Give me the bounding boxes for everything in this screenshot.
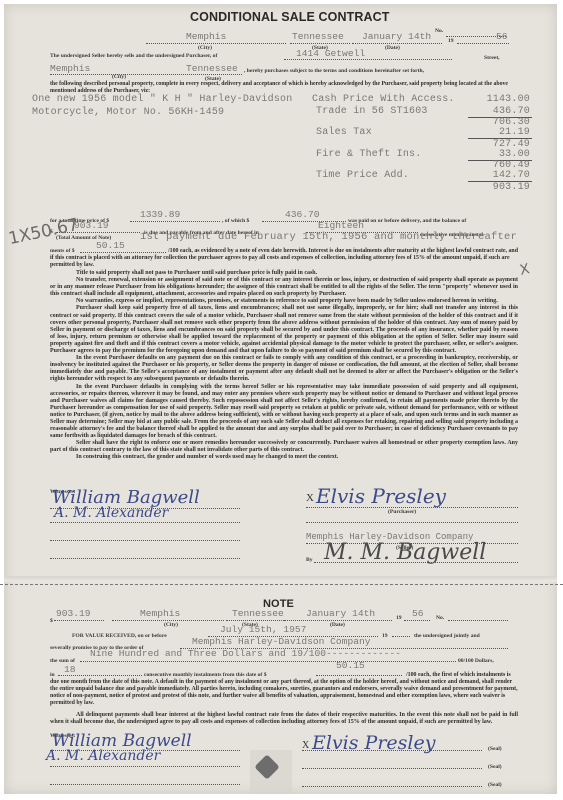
note-installment-amount: 50.15 xyxy=(336,660,365,671)
maker-line-1 xyxy=(302,750,482,751)
note-each-clause: /100 each, the first of which instalment… xyxy=(50,672,518,707)
maker-line-2 xyxy=(302,768,482,769)
description-line-1: One new 1956 model " K H " Harley-Davids… xyxy=(32,94,292,105)
note-witness-line-3 xyxy=(50,784,240,785)
price-subtotal: 903.19 xyxy=(468,182,530,193)
due-year-line xyxy=(392,636,410,637)
dollars-label: 00/100 Dollars, xyxy=(458,658,494,664)
seal-label-2: (Seal) xyxy=(488,764,502,770)
seal-label-1: (Seal) xyxy=(488,746,502,752)
price-line-amount: 33.00 xyxy=(468,149,530,160)
total-line xyxy=(130,221,220,222)
year-line xyxy=(457,43,509,44)
note-no-label: No. xyxy=(436,615,444,621)
witness-line-2 xyxy=(50,522,240,523)
by-line xyxy=(314,562,518,563)
page-fold xyxy=(4,576,557,582)
terms-paragraph: Purchaser shall keep said property free … xyxy=(50,305,518,355)
purchase-clause: , hereby purchases subject to the terms … xyxy=(244,68,424,74)
note-witness-signature-2: A. M. Alexander xyxy=(46,748,160,764)
perforation-line xyxy=(0,584,563,585)
note-city-caption: (City) xyxy=(164,622,178,628)
price-line-label: Time Price Add. xyxy=(316,170,409,181)
city-line xyxy=(146,43,286,44)
description-line-2: Motorcycle, Motor No. 56KH-1459 xyxy=(32,107,224,118)
installment-count-words: Eighteen xyxy=(318,220,364,231)
purchaser-signature: Elvis Presley xyxy=(316,484,446,508)
purchaser-street: 1414 Getwell xyxy=(296,48,365,59)
value-received-label: FOR VALUE RECEIVED, on or before xyxy=(72,633,167,639)
witness-line-3 xyxy=(50,540,240,541)
purchaser-state: Tennessee xyxy=(186,63,238,74)
contract-no-label: No. xyxy=(435,28,443,34)
purchaser-caption: (Purchaser) xyxy=(388,509,416,515)
note-city: Memphis xyxy=(140,608,180,619)
witness-signature-2: A. M. Alexander xyxy=(54,505,168,521)
price-line-amount: 1143.00 xyxy=(468,94,530,105)
note-due-date: July 15th, 1957 xyxy=(220,624,306,635)
seal-label-3: (Seal) xyxy=(488,782,502,788)
down-payment: 436.70 xyxy=(285,209,320,220)
note-date: January 14th xyxy=(306,608,375,619)
terms-paragraph: In the event Purchaser defaults on any p… xyxy=(50,355,518,383)
terms-paragraph: Title to said property shall not pass to… xyxy=(50,270,518,277)
date-caption: (Date) xyxy=(385,45,400,51)
state-line xyxy=(290,43,350,44)
note-state-line xyxy=(226,620,284,621)
note-year: 56 xyxy=(412,608,424,619)
delinquent-text: All delinquent payments shall bear inter… xyxy=(50,712,518,726)
price-line-amount: 21.19 xyxy=(468,127,530,138)
purchaser-city-caption: (City) xyxy=(112,74,126,80)
note-payee: Memphis Harley-Davidson Company xyxy=(192,636,370,647)
purchaser-x-mark: X xyxy=(306,492,314,504)
maker-line-3 xyxy=(302,786,482,787)
jointly-clause: the undersigned jointly and xyxy=(414,633,480,639)
street-label: Street, xyxy=(484,55,500,61)
purchaser-city-line xyxy=(50,74,242,75)
note-sum-words: Nine Hundred and Three Dollars and 19/10… xyxy=(90,648,401,659)
price-line-amount: 142.70 xyxy=(468,170,530,181)
note-state: Tennessee xyxy=(232,608,284,619)
terms-paragraph: No transfer, renewal, extension or assig… xyxy=(50,277,518,298)
due-year-prefix: 19 xyxy=(382,633,388,639)
contract-city: Memphis xyxy=(186,31,226,42)
note-amount: 903.19 xyxy=(56,608,91,619)
terms-paragraph: In construing this contract, the gender … xyxy=(50,454,518,461)
price-line-label: Sales Tax xyxy=(316,127,372,138)
terms-paragraph: No warranties, express or implied, repre… xyxy=(50,298,518,305)
contract-date: January 14th xyxy=(362,31,431,42)
intro-text: The undersigned Seller hereby sells and … xyxy=(50,53,217,59)
note-date-caption: (Date) xyxy=(330,622,345,628)
note-witness-line-2 xyxy=(50,766,240,767)
contract-year: 56 xyxy=(496,31,508,42)
property-clause: the following described personal propert… xyxy=(50,81,510,94)
year-prefix: 19 xyxy=(448,38,454,44)
payment-schedule: 1st payment due February 15th, 1956 and … xyxy=(140,231,517,243)
note-year-prefix: 19 xyxy=(396,615,402,621)
note-no-line xyxy=(448,620,508,621)
date-line xyxy=(352,43,442,44)
sum-line xyxy=(80,661,456,662)
city-caption: (City) xyxy=(198,45,212,51)
terms-paragraph: Seller shall have the right to enforce o… xyxy=(50,440,518,454)
by-label: By xyxy=(306,557,313,563)
of-which-label: , of which $ xyxy=(222,218,249,224)
paid-clause: was paid on or before delivery, and the … xyxy=(348,218,466,224)
delinquent-paragraph: All delinquent payments shall bear inter… xyxy=(50,712,518,726)
contract-terms: Title to said property shall not pass to… xyxy=(50,270,518,462)
contract-title: CONDITIONAL SALE CONTRACT xyxy=(190,10,390,24)
price-line-label: Trade in 56 ST1603 xyxy=(316,106,428,117)
street-line xyxy=(284,59,452,60)
price-line-amount: 436.70 xyxy=(468,106,530,117)
price-line-label: Cash Price With Access. xyxy=(312,94,455,105)
installment-clause: /100 each, as evidenced by a note of eve… xyxy=(50,248,518,269)
purchaser-line xyxy=(306,507,518,508)
note-city-line xyxy=(112,620,224,621)
terms-paragraph: In the event Purchaser defaults in compl… xyxy=(50,384,518,441)
witness-line-4 xyxy=(50,558,240,559)
note-year-line xyxy=(404,620,430,621)
note-amount-prefix: $ xyxy=(50,618,53,624)
contract-state: Tennessee xyxy=(292,31,344,42)
purchaser-city: Memphis xyxy=(50,63,90,74)
total-time-price: 1339.89 xyxy=(140,209,180,220)
note-date-line xyxy=(284,620,392,621)
note-amount-line xyxy=(54,620,104,621)
purchaser-line-2 xyxy=(306,522,518,523)
price-line-label: Fire & Theft Ins. xyxy=(316,149,421,160)
